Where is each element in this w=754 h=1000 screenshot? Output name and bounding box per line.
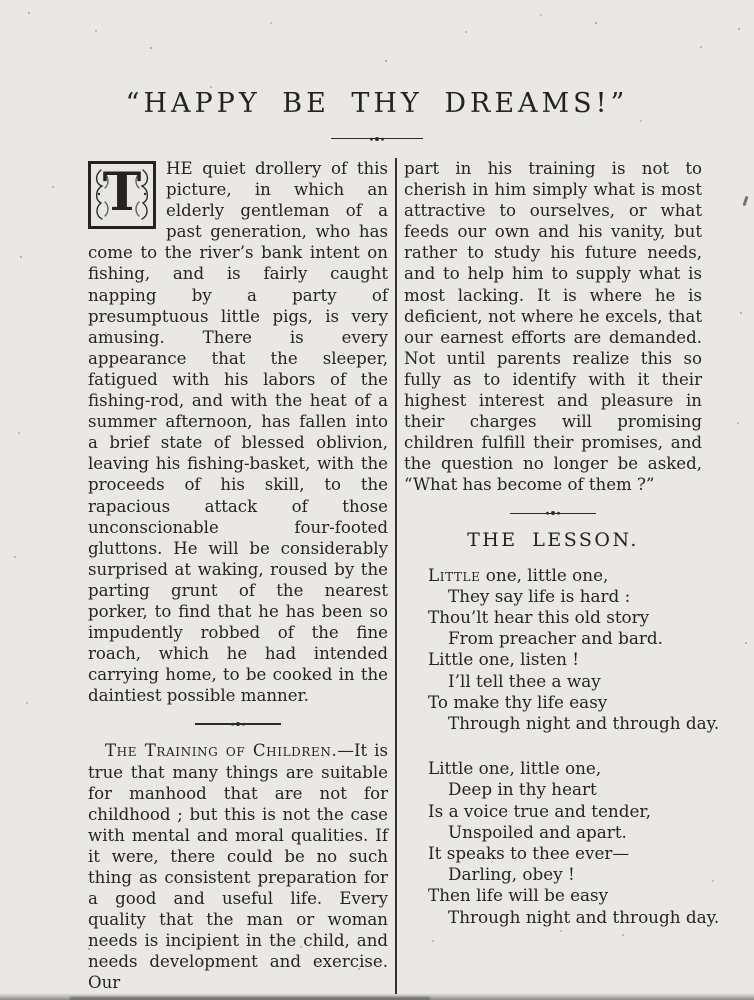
- lesson-divider-ornament-icon: [510, 509, 596, 518]
- poem-line: It speaks to thee ever—: [428, 843, 702, 864]
- poem-line: Through night and through day.: [428, 907, 702, 928]
- edge-ink-mark: [743, 196, 749, 206]
- poem-stanza-1: Little one, little one, They say life is…: [428, 565, 702, 735]
- poem-line: Deep in thy heart: [428, 779, 702, 800]
- lesson-poem: Little one, little one, They say life is…: [428, 565, 702, 928]
- lesson-heading: THE LESSON.: [404, 530, 702, 551]
- section-divider-ornament-icon: [195, 719, 281, 728]
- two-column-text-block: THE quiet drollery of this picture, in w…: [88, 158, 702, 994]
- poem-line: Thou’lt hear this old story: [428, 607, 702, 628]
- poem-line: Unspoiled and apart.: [428, 822, 702, 843]
- training-dash: —: [337, 741, 354, 760]
- poem-line: Little one, listen !: [428, 649, 702, 670]
- poem-line-text: one, little one,: [480, 565, 608, 585]
- continuation-paragraph: part in his training is not to cherish i…: [404, 158, 702, 496]
- page-title: “HAPPY BE THY DREAMS!”: [70, 88, 684, 119]
- poem-line: Then life will be easy: [428, 885, 702, 906]
- poem-line: Through night and through day.: [428, 713, 702, 734]
- title-divider-ornament-icon: [331, 134, 423, 143]
- opening-paragraph-text: HE quiet drollery of this picture, in wh…: [88, 159, 388, 705]
- training-heading: The Training of Children.: [105, 741, 337, 760]
- drop-cap-letter: T: [91, 162, 153, 224]
- drop-cap: T: [88, 161, 156, 229]
- column-divider-rule: [395, 158, 397, 994]
- poem-lead-word: Little: [428, 565, 480, 585]
- scanned-book-page: “HAPPY BE THY DREAMS!” THE quiet droller…: [0, 0, 754, 1000]
- right-column: part in his training is not to cherish i…: [404, 158, 702, 994]
- poem-line: Little one, little one,: [428, 565, 702, 586]
- poem-line: They say life is hard :: [428, 586, 702, 607]
- poem-line: Little one, little one,: [428, 758, 702, 779]
- left-column: THE quiet drollery of this picture, in w…: [88, 158, 388, 994]
- paper-specks: [0, 0, 2, 2]
- poem-line: From preacher and bard.: [428, 628, 702, 649]
- poem-line: Is a voice true and tender,: [428, 801, 702, 822]
- poem-line: I’ll tell thee a way: [428, 671, 702, 692]
- poem-line: Darling, obey !: [428, 864, 702, 885]
- poem-line: To make thy life easy: [428, 692, 702, 713]
- training-paragraph: The Training of Children.—It is true tha…: [88, 740, 388, 993]
- poem-stanza-2: Little one, little one, Deep in thy hear…: [428, 758, 702, 928]
- opening-paragraph: THE quiet drollery of this picture, in w…: [88, 158, 388, 706]
- training-text: It is true that many things are suitable…: [88, 741, 388, 992]
